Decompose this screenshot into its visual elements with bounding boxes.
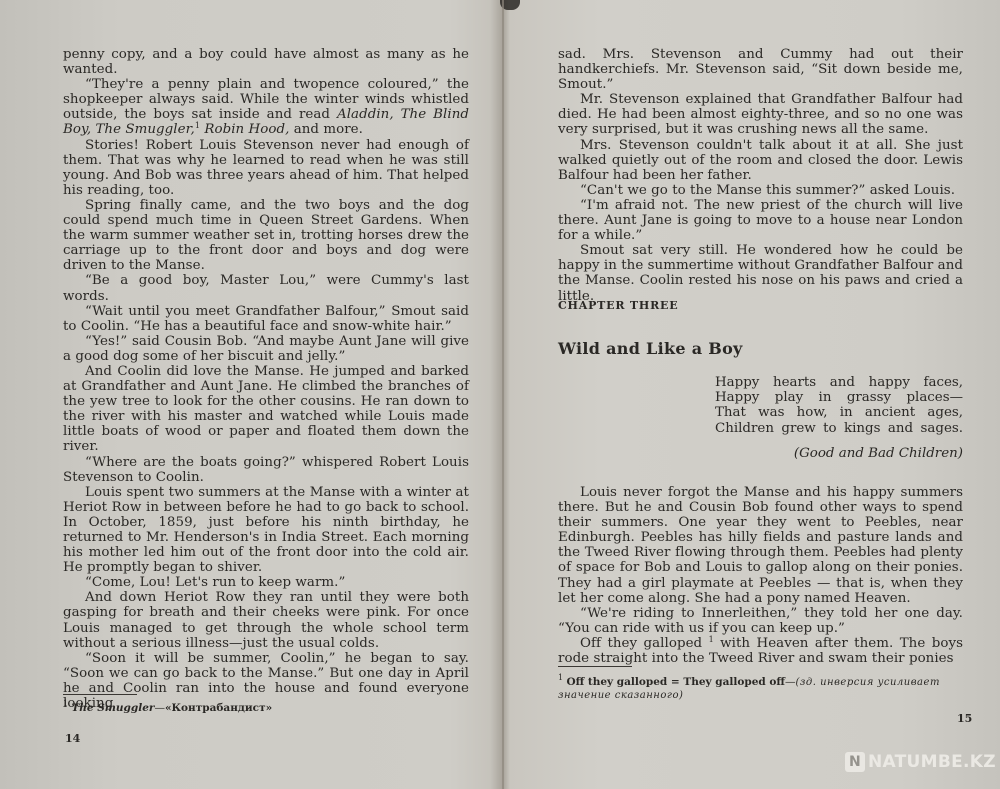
footnote-divider: [63, 694, 137, 695]
chapter-label: CHAPTER THREE: [558, 299, 678, 312]
paragraph: Smout sat very still. He wondered how he…: [558, 243, 963, 303]
poem-line: Happy play in grassy places—: [715, 390, 963, 405]
paragraph: penny copy, and a boy could have almost …: [63, 47, 469, 77]
footnote-marker: 1: [558, 673, 563, 682]
poem-line: Children grew to kings and sages.: [715, 421, 963, 436]
paragraph: “Be a good boy, Master Lou,” were Cummy'…: [63, 273, 469, 303]
poem-line: That was how, in ancient ages,: [715, 405, 963, 420]
chapter-title: Wild and Like a Boy: [558, 339, 743, 358]
left-page-body: penny copy, and a boy could have almost …: [63, 47, 469, 711]
footnote-term: The Smuggler: [71, 702, 154, 714]
paragraph: Mrs. Stevenson couldn't talk about it at…: [558, 138, 963, 183]
footnote-marker: 1: [63, 699, 68, 708]
paragraph: “Wait until you meet Grandfather Balfour…: [63, 304, 469, 334]
footnote-translation: «Контрабандист»: [165, 702, 272, 714]
watermark-logo-icon: N: [845, 752, 865, 772]
paragraph: Off they galloped 1 with Heaven after th…: [558, 636, 963, 666]
paragraph: Stories! Robert Louis Stevenson never ha…: [63, 138, 469, 198]
paragraph: Louis spent two summers at the Manse wit…: [63, 485, 469, 576]
paragraph: “Come, Lou! Let's run to keep warm.”: [63, 575, 469, 590]
footnote: 1 The Smuggler—«Контрабандист»: [63, 702, 272, 715]
paragraph: Spring finally came, and the two boys an…: [63, 198, 469, 273]
paragraph: “Can't we go to the Manse this summer?” …: [558, 183, 963, 198]
page-number: 14: [65, 732, 80, 745]
paragraph: Louis never forgot the Manse and his hap…: [558, 485, 963, 606]
footnote-divider: [558, 666, 632, 667]
right-page-body: sad. Mrs. Stevenson and Cummy had out th…: [558, 47, 963, 304]
right-page-body-continued: Louis never forgot the Manse and his hap…: [558, 485, 963, 666]
paragraph: “They're a penny plain and twopence colo…: [63, 77, 469, 137]
poem-line: Happy hearts and happy faces,: [715, 375, 963, 390]
left-page: penny copy, and a boy could have almost …: [0, 0, 503, 789]
page-number: 15: [957, 712, 972, 725]
book-title-robin-hood: Robin Hood,: [204, 122, 289, 137]
paragraph: sad. Mrs. Stevenson and Cummy had out th…: [558, 47, 963, 92]
book-spread: penny copy, and a boy could have almost …: [0, 0, 1000, 789]
footnote-phrase: Off they galloped = They galloped off: [566, 676, 785, 688]
paragraph: Mr. Stevenson explained that Grandfather…: [558, 92, 963, 137]
paragraph: “Yes!” said Cousin Bob. “And maybe Aunt …: [63, 334, 469, 364]
paragraph: “I'm afraid not. The new priest of the c…: [558, 198, 963, 243]
paragraph: “Where are the boats going?” whispered R…: [63, 455, 469, 485]
paragraph: And Coolin did love the Manse. He jumped…: [63, 364, 469, 455]
paragraph: “We're riding to Innerleithen,” they tol…: [558, 606, 963, 636]
watermark-text: NATUMBE.KZ: [868, 752, 996, 772]
right-page: sad. Mrs. Stevenson and Cummy had out th…: [503, 0, 1000, 789]
epigraph-source: (Good and Bad Children): [771, 446, 963, 461]
paragraph: And down Heriot Row they ran until they …: [63, 590, 469, 650]
watermark: N NATUMBE.KZ: [845, 752, 996, 772]
epigraph-poem: Happy hearts and happy faces, Happy play…: [715, 375, 963, 436]
footnote: 1 Off they galloped = They galloped off—…: [558, 676, 963, 702]
